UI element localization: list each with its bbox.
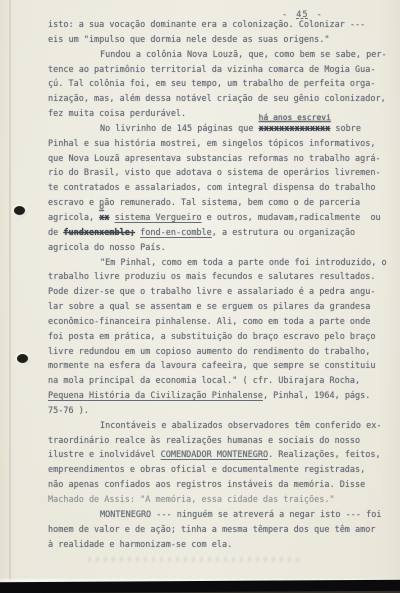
- text-segment: isto: a sua vocação dominante era a colo…: [48, 20, 365, 30]
- text-line: homem de valor e de ação; tinha a mesma …: [48, 523, 394, 538]
- text-segment: tence ao patrimônio territorial da vizin…: [48, 65, 376, 75]
- text-line: agricola, xxo sistema Vergueiro e outros…: [48, 211, 394, 226]
- text-line: MONTENEGRO --- ninguém se atreverá a neg…: [48, 508, 394, 523]
- text-segment: mormente na esfera da lavoura cafeeira, …: [48, 361, 376, 371]
- text-segment: Incontáveis e abalizados observadores tê…: [100, 421, 381, 431]
- text-segment: MONTENEGRO --- ninguém se atreverá a neg…: [100, 510, 381, 520]
- text-line: na mola principal da economia local." ( …: [48, 374, 394, 389]
- text-segment: econômico-financeira pinhalense. Ali, co…: [48, 317, 370, 327]
- text-line: te contratados e assalariados, com integ…: [48, 181, 394, 196]
- text-line: Pequena História da Civilização Pinhalen…: [48, 389, 394, 404]
- text-line: que Nova Louzã apresentava substancias r…: [48, 152, 394, 167]
- text-segment: agricola do nosso País.: [48, 243, 166, 253]
- scanned-page: - 45 - isto: a sua vocação dominante era…: [0, 0, 400, 588]
- struck-out-text: xxo: [99, 213, 109, 223]
- text-segment: de: [48, 228, 63, 238]
- text-line: "Em Pinhal, como em toda a parte onde fo…: [48, 256, 394, 271]
- text-segment: ilustre e inolvidável: [48, 450, 161, 460]
- text-segment: não apenas confiados aos registros instá…: [48, 480, 365, 490]
- text-segment: eis um "impulso que dormia nele desde as…: [48, 35, 329, 45]
- text-segment: çú. Tal colônia foi, em seu tempo, um tr…: [48, 79, 376, 89]
- text-line: de fundxenxemble; fond-en-comble, a estr…: [48, 226, 394, 241]
- interline-insertion-text: o: [99, 200, 104, 215]
- text-segment: "Em Pinhal, como em toda a parte onde fo…: [100, 258, 387, 268]
- text-line: Machado de Assis: "A memória, essa cidad…: [48, 493, 394, 508]
- text-line: rio do Brasil, visto que adotava o siste…: [48, 166, 394, 181]
- text-segment: nização, mas, além dessa notável criação…: [48, 94, 386, 104]
- text-segment: que Nova Louzã apresentava substancias r…: [48, 154, 381, 164]
- text-line: eis um "impulso que dormia nele desde as…: [48, 33, 394, 48]
- text-line: isto: a sua vocação dominante era a colo…: [48, 18, 394, 33]
- text-line: trabalho livre produziu os mais fecundos…: [48, 270, 394, 285]
- struck-out-text: xxxxxxxxxxxxxxhá anos escrevi: [259, 124, 331, 134]
- text-segment: , a estrutura ou organização: [212, 228, 355, 238]
- struck-out-text: fundxenxemble;: [63, 228, 135, 238]
- text-segment: traordinário realce às realizações human…: [48, 436, 360, 446]
- text-segment: homem de valor e de ação; tinha a mesma …: [48, 525, 376, 535]
- text-line: çú. Tal colônia foi, em seu tempo, um tr…: [48, 77, 394, 92]
- text-segment: foi posta em prática, a substituição do …: [48, 332, 376, 342]
- text-line: Pinhal e sua história mostrei, em singel…: [48, 137, 394, 152]
- binding-hole-top: [14, 206, 25, 215]
- text-segment: fez muita coisa perdurável.: [48, 109, 186, 119]
- text-segment: . Realizações, feitos,: [268, 450, 381, 460]
- text-segment: Pinhal e sua história mostrei, em singel…: [48, 139, 376, 149]
- underlined-text: fond-en-comble: [140, 228, 212, 238]
- text-line: ilustre e inolvidável COMENDADOR MONTENE…: [48, 448, 394, 463]
- text-line: Pode dizer-se que o trabalho livre e ass…: [48, 285, 394, 300]
- text-segment: à realidade e harmonizam-se com ela.: [48, 540, 232, 550]
- text-segment: empreendimentos e obras oficial e docume…: [48, 465, 365, 475]
- text-line: fez muita coisa perdurável.: [48, 107, 394, 122]
- interline-insertion-text: há anos escrevi: [259, 111, 331, 126]
- text-segment: sobre: [330, 124, 361, 134]
- text-segment: agricola,: [48, 213, 99, 223]
- text-segment: trabalho livre produziu os mais fecundos…: [48, 272, 376, 282]
- ink-bleed-ghost: [88, 557, 303, 562]
- text-segment: Pode dizer-se que o trabalho livre e ass…: [48, 287, 376, 297]
- underlined-text: sistema Vergueiro: [115, 213, 202, 223]
- text-segment: 75-76 ).: [48, 406, 89, 416]
- text-line: agricola do nosso País.: [48, 241, 394, 256]
- text-line: 75-76 ).: [48, 404, 394, 419]
- text-line: Fundou a colônia Nova Louzã, que, como b…: [48, 48, 394, 63]
- text-segment: rio do Brasil, visto que adotava o siste…: [48, 168, 381, 178]
- scan-background-edge: [0, 580, 400, 588]
- typewritten-text: isto: a sua vocação dominante era a colo…: [48, 18, 394, 552]
- text-line: livre redundou em um copioso aumento do …: [48, 345, 394, 360]
- text-segment: e outros, mudavam,radicalmente ou: [202, 213, 381, 223]
- text-line: econômico-financeira pinhalense. Ali, co…: [48, 315, 394, 330]
- text-line: nização, mas, além dessa notável criação…: [48, 92, 394, 107]
- text-line: não apenas confiados aos registros instá…: [48, 478, 394, 493]
- text-line: traordinário realce às realizações human…: [48, 434, 394, 449]
- text-segment: Machado de Assis: "A memória, essa cidad…: [48, 495, 335, 505]
- text-line: mormente na esfera da lavoura cafeeira, …: [48, 359, 394, 374]
- paper-edge-line: [9, 0, 11, 580]
- underlined-text: Pequena História da Civilização Pinhalen…: [48, 391, 263, 401]
- text-line: Incontáveis e abalizados observadores tê…: [48, 419, 394, 434]
- text-segment: te contratados e assalariados, com integ…: [48, 183, 376, 193]
- text-segment: , Pinhal, 1964, págs.: [263, 391, 370, 401]
- text-segment: No livrinho de 145 páginas que: [100, 124, 259, 134]
- text-line: No livrinho de 145 páginas que xxxxxxxxx…: [48, 122, 394, 137]
- text-line: à realidade e harmonizam-se com ela.: [48, 538, 394, 553]
- text-segment: escravo e não remunerado. Tal sistema, b…: [48, 198, 360, 208]
- underlined-text: COMENDADOR MONTENEGRO: [161, 450, 268, 460]
- text-segment: livre redundou em um copioso aumento do …: [48, 347, 370, 357]
- text-line: lar sobre a qual se assentam e se erguem…: [48, 300, 394, 315]
- text-segment: Fundou a colônia Nova Louzã, que, como b…: [100, 50, 387, 60]
- text-line: tence ao patrimônio territorial da vizin…: [48, 63, 394, 78]
- text-line: foi posta em prática, a substituição do …: [48, 330, 394, 345]
- text-line: empreendimentos e obras oficial e docume…: [48, 463, 394, 478]
- text-segment: na mola principal da economia local." ( …: [48, 376, 360, 386]
- text-segment: lar sobre a qual se assentam e se erguem…: [48, 302, 370, 312]
- binding-hole-bottom: [17, 354, 28, 363]
